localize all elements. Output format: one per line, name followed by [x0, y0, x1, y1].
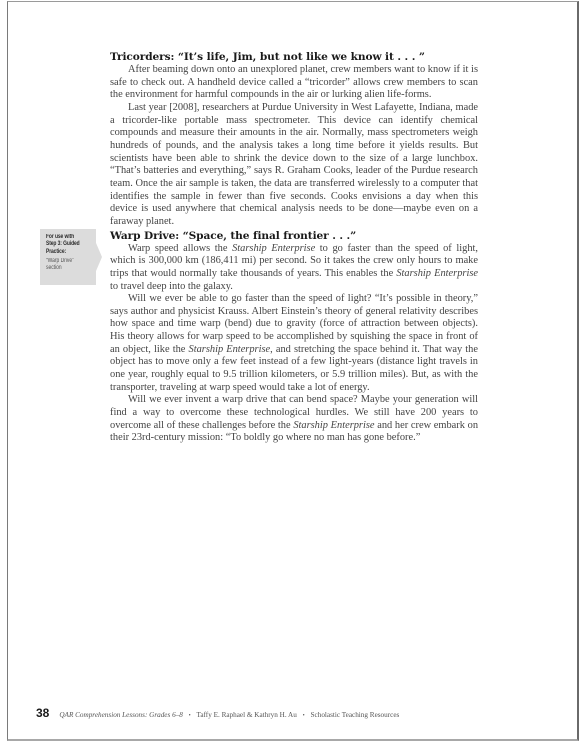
italic-title-run: Starship Enterprise — [232, 243, 315, 254]
italic-title-run: Starship Enterprise — [189, 344, 271, 355]
paragraph: Will we ever invent a warp drive that ca… — [110, 394, 478, 445]
sidebar-note-title: For use with Step 3: Guided Practice: — [46, 234, 95, 256]
sidebar-note-line: Practice: — [46, 249, 95, 256]
text-run: Last year [2008], researchers at Purdue … — [110, 102, 478, 227]
sidebar-note-detail: “Warp Drive” section — [46, 258, 95, 273]
text-run: Warp speed allows the — [128, 243, 232, 254]
text-run: After beaming down onto an unexplored pl… — [110, 64, 478, 100]
bullet-separator: • — [303, 713, 305, 719]
sidebar-note-line: For use with — [46, 234, 95, 241]
page-number: 38 — [36, 706, 49, 720]
footer-publisher: Scholastic Teaching Resources — [311, 711, 400, 719]
paragraph: Will we ever be able to go faster than t… — [110, 293, 478, 394]
page-footer: 38 QAR Comprehension Lessons: Grades 6–8… — [36, 706, 399, 720]
article-column: Tricorders: “It’s life, Jim, but not lik… — [110, 50, 478, 445]
sidebar-note-line: “Warp Drive” — [46, 258, 95, 265]
footer-citation: QAR Comprehension Lessons: Grades 6–8 • … — [59, 711, 399, 719]
paragraph: After beaming down onto an unexplored pl… — [110, 64, 478, 102]
section-heading-warp-drive: Warp Drive: “Space, the final frontier .… — [110, 229, 478, 243]
italic-title-run: Starship Enterprise — [293, 420, 374, 431]
text-run: to travel deep into the galaxy. — [110, 281, 233, 292]
paragraph: Warp speed allows the Starship Enterpris… — [110, 243, 478, 294]
bullet-separator: • — [189, 713, 191, 719]
book-title: QAR Comprehension Lessons: Grades 6–8 — [59, 711, 183, 719]
sidebar-note-callout: For use with Step 3: Guided Practice: “W… — [40, 229, 96, 285]
sidebar-note-line: section — [46, 265, 95, 272]
italic-title-run: Starship Enterprise — [396, 268, 478, 279]
section-heading-tricorders: Tricorders: “It’s life, Jim, but not lik… — [110, 50, 478, 64]
footer-authors: Taffy E. Raphael & Kathryn H. Au — [196, 711, 296, 719]
sidebar-note-line: Step 3: Guided — [46, 241, 95, 248]
paragraph: Last year [2008], researchers at Purdue … — [110, 102, 478, 229]
